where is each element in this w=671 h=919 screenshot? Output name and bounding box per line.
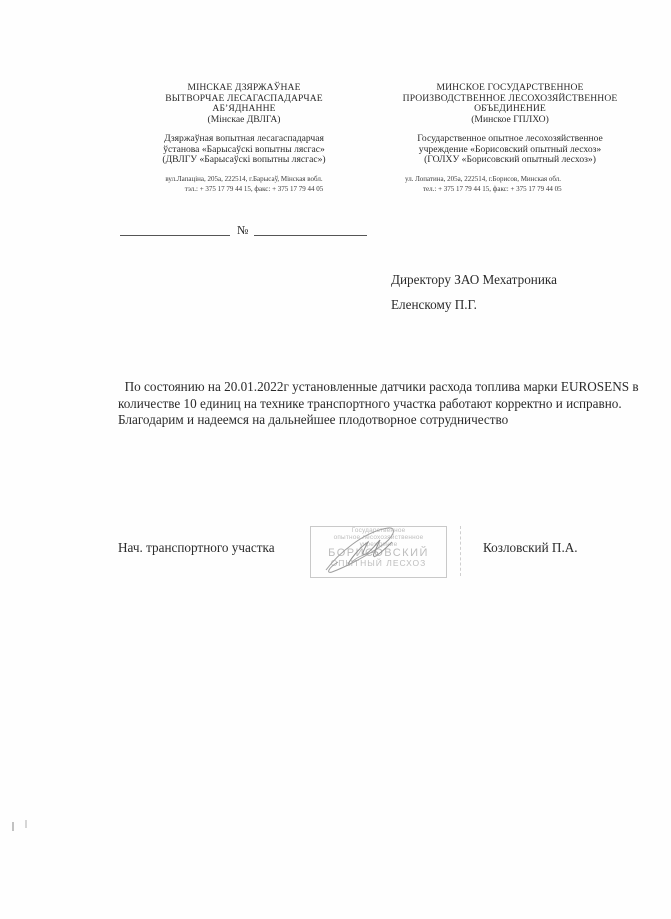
document-page: МІНСКАЕ ДЗЯРЖАЎНАЕ ВЫТВОРЧАЕ ЛЕСАГАСПАДА… — [0, 0, 671, 919]
contact-address: ул. Лопатина, 205а, 222514, г.Борисов, М… — [378, 174, 642, 194]
signatory-title: Нач. транспортного участка — [118, 540, 275, 556]
date-blank — [120, 223, 230, 236]
letter-body: По состоянию на 20.01.2022г установленны… — [118, 379, 658, 429]
contact-address: вул.Лапаціна, 205а, 222514, г.Барысаў, М… — [133, 174, 355, 194]
phone-fax-line: тел.: + 375 17 79 44 15, факс: + 375 17 … — [405, 184, 642, 194]
scan-artifact — [10, 818, 30, 838]
org-name-line: МИНСКОЕ ГОСУДАРСТВЕННОЕ — [378, 83, 642, 94]
letterhead-belarusian: МІНСКАЕ ДЗЯРЖАЎНАЕ ВЫТВОРЧАЕ ЛЕСАГАСПАДА… — [133, 83, 355, 194]
number-sign: № — [237, 224, 248, 236]
phone-fax-line: тэл.: + 375 17 79 44 15, факс: + 375 17 … — [133, 184, 355, 194]
address-line: ул. Лопатина, 205а, 222514, г.Борисов, М… — [405, 174, 642, 184]
institution-name-line: (ДВЛГУ «Барысаўскі вопытны лясгас») — [133, 155, 355, 166]
addressee-position: Директору ЗАО Мехатроника — [391, 267, 557, 292]
signatory-name: Козловский П.А. — [483, 540, 578, 556]
handwritten-signature-icon — [318, 524, 408, 578]
number-blank — [254, 223, 367, 236]
signature-block: Нач. транспортного участка Государственн… — [118, 530, 638, 590]
org-short-name: (Мінскае ДВЛГА) — [133, 115, 355, 126]
org-short-name: (Минское ГПЛХО) — [378, 115, 642, 126]
org-name-line: АБ’ЯДНАННЕ — [133, 104, 355, 115]
stamp-edge — [460, 526, 461, 576]
addressee-name: Еленскому П.Г. — [391, 292, 557, 317]
addressee-block: Директору ЗАО Мехатроника Еленскому П.Г. — [391, 267, 557, 317]
body-paragraph: Благодарим и надеемся на дальнейшее плод… — [118, 412, 658, 429]
org-name-line: МІНСКАЕ ДЗЯРЖАЎНАЕ — [133, 83, 355, 94]
institution-name-line: Государственное опытное лесохозяйственно… — [378, 134, 642, 145]
institution-name: Дзяржаўная вопытная лесагаспадарчая ўста… — [133, 134, 355, 166]
institution-name-line: (ГОЛХУ «Борисовский опытный лесхоз») — [378, 155, 642, 166]
body-paragraph: По состоянию на 20.01.2022г установленны… — [118, 379, 658, 412]
org-name-line: ОБЪЕДИНЕНИЕ — [378, 104, 642, 115]
registration-line: № — [120, 222, 367, 236]
institution-name-line: Дзяржаўная вопытная лесагаспадарчая — [133, 134, 355, 145]
institution-name: Государственное опытное лесохозяйственно… — [378, 134, 642, 166]
address-line: вул.Лапаціна, 205а, 222514, г.Барысаў, М… — [133, 174, 355, 184]
letterhead-russian: МИНСКОЕ ГОСУДАРСТВЕННОЕ ПРОИЗВОДСТВЕННОЕ… — [378, 83, 642, 194]
